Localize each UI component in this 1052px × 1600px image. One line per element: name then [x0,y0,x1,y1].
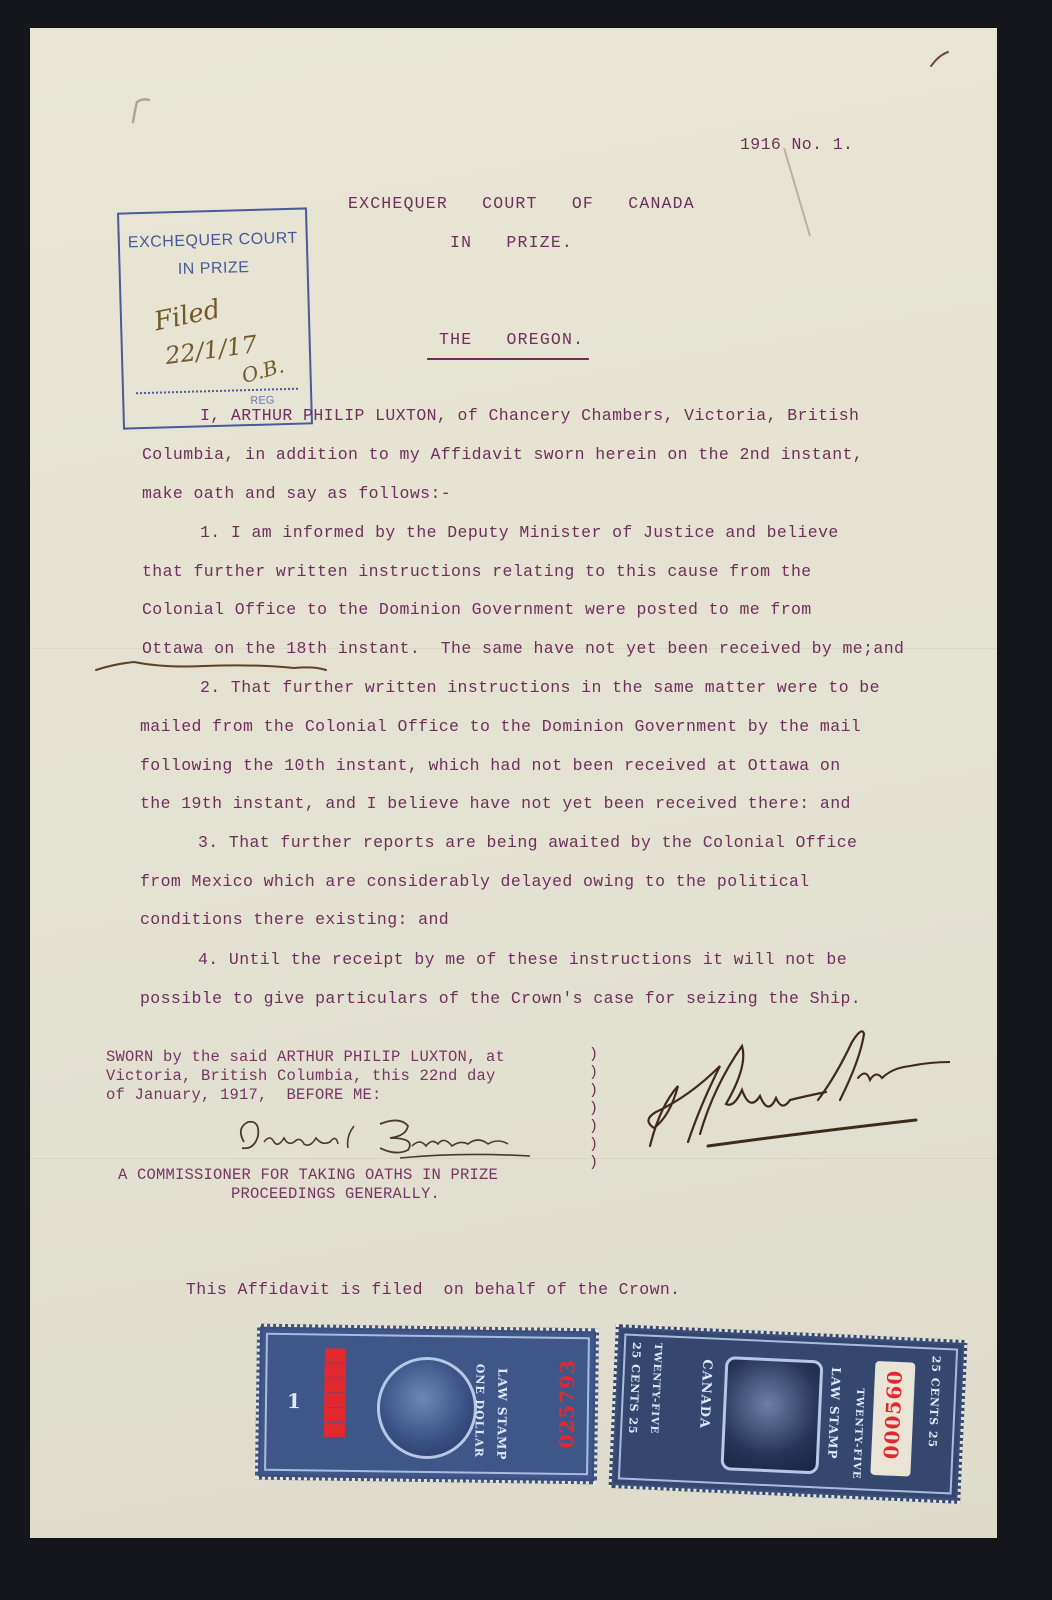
body-line: Columbia, in addition to my Affidavit sw… [142,447,863,464]
check-mark-icon [928,50,952,70]
body-line: following the 10th instant, which had no… [140,758,841,775]
court-header-line2: IN PRIZE. [450,235,573,252]
stamp-label: LAW STAMP [494,1368,509,1461]
body-line: that further written instructions relati… [142,564,812,581]
commissioner-title-line2: PROCEEDINGS GENERALLY. [231,1187,440,1203]
body-line: I, ARTHUR PHILIP LUXTON, of Chancery Cha… [200,408,859,425]
case-title-underline [427,358,589,360]
body-line: the 19th instant, and I believe have not… [140,796,851,813]
stamp-cancel-overprint: ██████ [325,1348,347,1437]
jurat-line: of January, 1917, BEFORE ME: [106,1088,382,1104]
smudge-mark [125,90,165,130]
case-title: THE OREGON. [439,332,584,349]
body-line: conditions there existing: and [140,912,449,929]
stamp-dotted-line [136,388,298,395]
body-line: 4. Until the receipt by me of these inst… [198,952,847,969]
stamp-country: CANADA [696,1359,714,1429]
filing-stamp: EXCHEQUER COURT IN PRIZE Filed 22/1/17 O… [117,207,313,429]
body-line: from Mexico which are considerably delay… [140,874,810,891]
stamp-denomination: ONE DOLLAR [472,1364,486,1458]
revenue-stamp-twenty-five-cents: 25 CENTS 25 TWENTY-FIVE CANADA LAW STAMP… [608,1324,967,1504]
jurat-line: SWORN by the said ARTHUR PHILIP LUXTON, … [106,1050,505,1066]
affidavit-page: 1916 No. 1. EXCHEQUER COURT IN PRIZE Fil… [30,28,997,1538]
body-line: 2. That further written instructions in … [200,680,880,697]
body-line: 1. I am informed by the Deputy Minister … [200,525,839,542]
court-header-line1: EXCHEQUER COURT OF CANADA [348,196,695,213]
body-line: mailed from the Colonial Office to the D… [140,719,861,736]
handwritten-underline [94,656,334,678]
body-line: possible to give particulars of the Crow… [140,991,861,1008]
jurat-line: Victoria, British Columbia, this 22nd da… [106,1069,496,1085]
crease-mark [780,146,820,246]
filed-note: This Affidavit is filed on behalf of the… [186,1282,680,1299]
body-line: Colonial Office to the Dominion Governme… [142,602,812,619]
commissioner-signature: Oswald Barton. [230,1108,550,1168]
stamp-serial: 025793 [554,1359,579,1449]
commissioner-title-line1: A COMMISSIONER FOR TAKING OATHS IN PRIZE [118,1168,498,1184]
deponent-signature [630,1016,950,1166]
jurat-brackets: ) ) ) ) ) ) ) [589,1046,598,1172]
stamp-prize-label: IN PRIZE [120,257,306,280]
stamp-value-mark: 1 [287,1389,301,1413]
revenue-stamp-one-dollar: 1 ██████ ONE DOLLAR LAW STAMP 025793 [255,1324,599,1485]
stamp-portrait [720,1356,823,1474]
body-line: make oath and say as follows:- [142,486,451,503]
stamp-court-label: EXCHEQUER COURT [120,229,306,252]
body-line: 3. That further reports are being awaite… [198,835,857,852]
stamp-serial: 000560 [879,1369,907,1459]
stamp-filed-handwriting: Filed [152,294,223,337]
